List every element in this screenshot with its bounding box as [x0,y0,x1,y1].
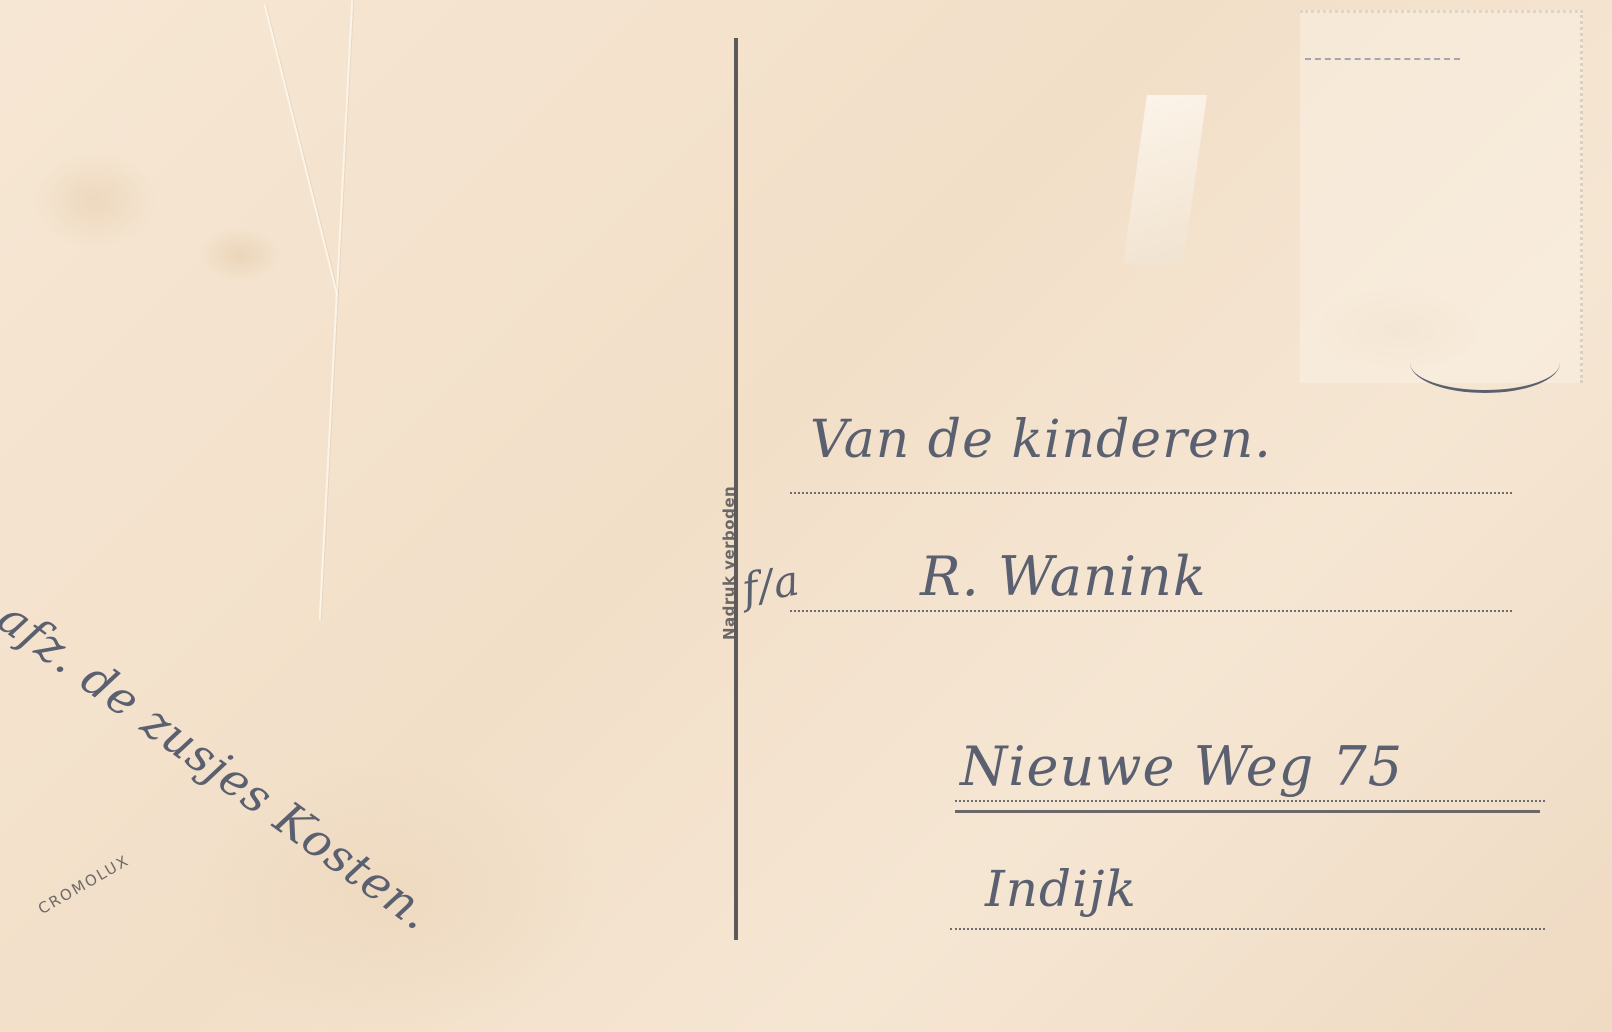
address-rule-3 [955,800,1545,802]
address-line-2: R. Wanink [920,545,1207,608]
address-underline [955,810,1540,813]
address-line-1: Van de kinderen. [810,410,1272,470]
stamp-area [1300,10,1583,383]
postcard-back: Nadruk verboden f/a Van de kinderen. R. … [0,0,1612,1032]
reprint-prohibited-label: Nadruk verboden [720,486,738,640]
postmark-arc [1410,330,1560,393]
address-line-3: Nieuwe Weg 75 [960,735,1403,798]
publisher-mark: CROMOLUX [35,851,133,918]
address-prefix: f/a [738,555,803,613]
paper-crease [319,0,353,619]
address-rule-4 [950,928,1545,930]
paper-crease [264,4,339,296]
address-rule-2 [790,610,1512,612]
address-line-4: Indijk [985,860,1137,918]
address-rule-1 [790,492,1512,494]
paper-tear [1123,95,1207,265]
stamp-remnant [1305,38,1460,60]
